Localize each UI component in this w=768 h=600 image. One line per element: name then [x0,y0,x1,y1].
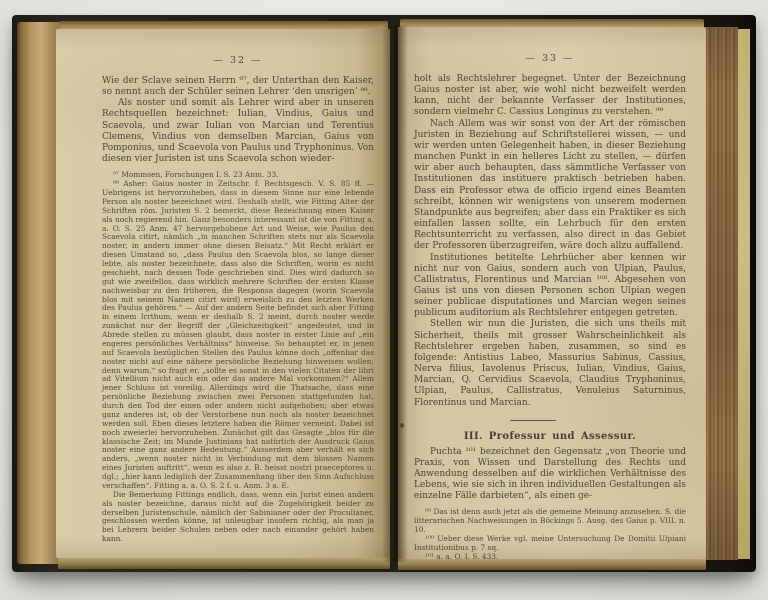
paragraph: Als noster und somit als Lehrer wird abe… [102,98,374,165]
section-body: Puchta ¹⁰¹ bezeichnet den Gegensatz „von… [414,447,686,503]
page-number-left: — 32 — [102,55,374,66]
left-page-footnotes: ⁹⁷ Mommsen, Forschungen I. S. 23 Anm. 33… [102,171,374,544]
right-page-body: holt als Rechtslehrer begegnet. Unter de… [414,74,686,409]
footnote-98: ⁹⁸ Asher: Gaius noster in Zeitschr. f. R… [102,180,374,491]
paragraph: holt als Rechtslehrer begegnet. Unter de… [414,74,686,119]
left-page: — 32 — Wie der Sclave seinen Herrn ⁹⁷, d… [56,29,390,558]
paragraph: Wie der Sclave seinen Herrn ⁹⁷, der Unte… [102,76,374,98]
ink-speck [400,423,404,428]
book-photo: — 32 — Wie der Sclave seinen Herrn ⁹⁷, d… [0,0,768,600]
right-page: — 33 — holt als Rechtslehrer begegnet. U… [398,27,706,559]
paragraph: Nach Allem was wir sonst von der Art der… [414,119,686,253]
page-number-right: — 33 — [414,53,686,64]
section-divider [510,420,556,421]
footnote-99: ⁹⁹ Das ist denn auch jetzt als die gemei… [414,508,686,535]
right-page-text-block: — 33 — holt als Rechtslehrer begegnet. U… [414,53,686,559]
paragraph: Puchta ¹⁰¹ bezeichnet den Gegensatz „von… [414,447,686,503]
footnote-continuation: Die Bemerkung Fittings endlich, dass, we… [102,491,374,544]
left-page-body: Wie der Sclave seinen Herrn ⁹⁷, der Unte… [102,76,374,165]
section-heading: III. Professur und Assessur. [414,431,686,442]
cover-inner-edge [738,29,750,559]
page-stack-fore-edge [706,27,738,560]
footnote-100: ¹⁰⁰ Ueber diese Werke vgl. meine Untersu… [414,535,686,553]
paragraph: Stellen wir nun die Juristen, die sich u… [414,319,686,408]
book: — 32 — Wie der Sclave seinen Herrn ⁹⁷, d… [12,15,756,572]
paragraph: Institutiones betitelte Lehrbücher aber … [414,253,686,320]
right-page-footnotes: ⁹⁹ Das ist denn auch jetzt als die gemei… [414,508,686,559]
left-cover-fore-edge [17,22,61,564]
footnote-101: ¹⁰¹ a. a. O. I. S. 433. [414,553,686,559]
left-page-text-block: — 32 — Wie der Sclave seinen Herrn ⁹⁷, d… [102,55,374,544]
